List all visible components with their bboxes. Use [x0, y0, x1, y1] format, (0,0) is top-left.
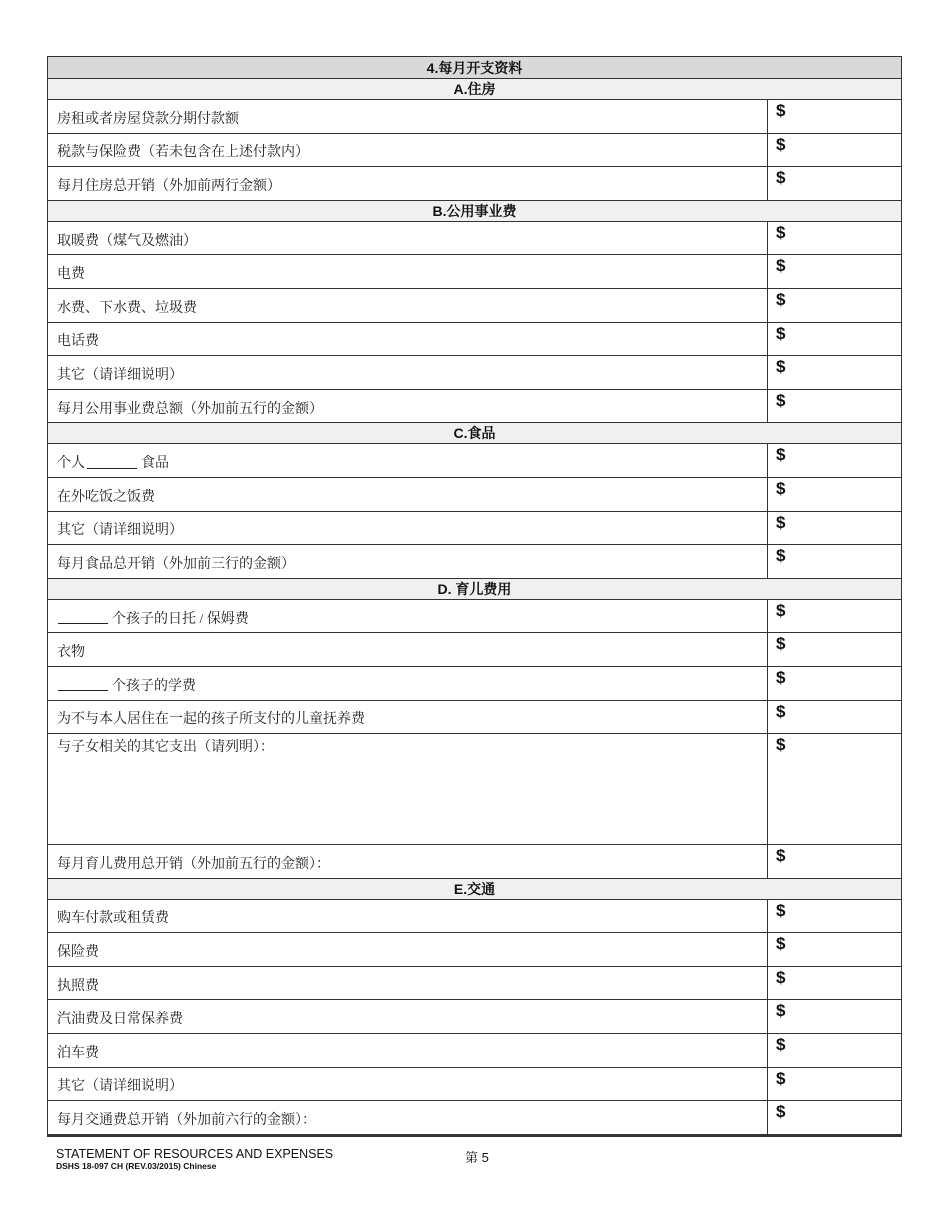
page-number: 第 5 [465, 1147, 489, 1166]
amount-field-car-insurance[interactable]: $ [768, 933, 901, 966]
amount-field-daycare[interactable]: $ [768, 600, 901, 633]
row-label: 个孩子的日托 / 保姆费 [48, 600, 768, 633]
row-label: 房租或者房屋贷款分期付款额 [48, 100, 768, 133]
row-label: 每月食品总开销（外加前三行的金额） [48, 545, 768, 578]
amount-field-car-payment[interactable]: $ [768, 900, 901, 933]
row-label: 其它（请详细说明） [48, 1068, 768, 1101]
table-row: 其它（请详细说明） $ [48, 355, 901, 389]
amount-field-eating-out[interactable]: $ [768, 478, 901, 511]
children-count-blank[interactable] [58, 611, 108, 624]
table-row: 与子女相关的其它支出（请列明）： $ [48, 733, 901, 844]
label-suffix: 个孩子的学费 [112, 675, 196, 695]
table-row: 电话费 $ [48, 322, 901, 356]
table-row: 保险费 $ [48, 932, 901, 966]
amount-field-child-support[interactable]: $ [768, 701, 901, 734]
amount-field-parking[interactable]: $ [768, 1034, 901, 1067]
table-row: 在外吃饭之饭费 $ [48, 477, 901, 511]
amount-field-water-sewer-garbage[interactable]: $ [768, 289, 901, 322]
amount-field-heating[interactable]: $ [768, 222, 901, 255]
table-row: 其它（请详细说明） $ [48, 1067, 901, 1101]
amount-field-housing-total[interactable]: $ [768, 167, 901, 200]
row-label: 购车付款或租赁费 [48, 900, 768, 933]
person-count-blank[interactable] [87, 456, 137, 469]
row-label: 每月住房总开销（外加前两行金额） [48, 167, 768, 200]
table-row: 泊车费 $ [48, 1033, 901, 1067]
table-row: 购车付款或租赁费 $ [48, 899, 901, 933]
table-row: 取暖费（煤气及燃油） $ [48, 221, 901, 255]
table-row: 每月交通费总开销（外加前六行的金额）： $ [48, 1100, 901, 1134]
table-row: 个人 食品 $ [48, 443, 901, 477]
amount-field-electricity[interactable]: $ [768, 255, 901, 288]
row-label: 其它（请详细说明） [48, 512, 768, 545]
monthly-expenses-table: 4.每月开支资料 A.住房 房租或者房屋贷款分期付款额 $ 税款与保险费（若未包… [47, 56, 902, 1137]
table-row: 衣物 $ [48, 632, 901, 666]
row-label: 为不与本人居住在一起的孩子所支付的儿童抚养费 [48, 701, 768, 734]
row-label: 在外吃饭之饭费 [48, 478, 768, 511]
table-row: 每月住房总开销（外加前两行金额） $ [48, 166, 901, 200]
row-label: 与子女相关的其它支出（请列明）： [48, 734, 768, 844]
amount-field-gas-maintenance[interactable]: $ [768, 1000, 901, 1033]
children-count-blank[interactable] [58, 678, 108, 691]
amount-field-food[interactable]: $ [768, 444, 901, 477]
amount-field-rent[interactable]: $ [768, 100, 901, 133]
row-label: 执照费 [48, 967, 768, 1000]
amount-field-transport-total[interactable]: $ [768, 1101, 901, 1134]
section-header-utilities: B.公用事业费 [48, 200, 901, 221]
amount-field-transport-other[interactable]: $ [768, 1068, 901, 1101]
amount-field-tuition[interactable]: $ [768, 667, 901, 700]
label-suffix: 个孩子的日托 / 保姆费 [112, 608, 249, 628]
row-label: 税款与保险费（若未包含在上述付款内） [48, 134, 768, 167]
row-label: 个人 食品 [48, 444, 768, 477]
row-label: 每月育儿费用总开销（外加前五行的金额）： [48, 845, 768, 878]
table-row: 个孩子的日托 / 保姆费 $ [48, 599, 901, 633]
amount-field-child-other[interactable]: $ [768, 734, 901, 844]
section-header-transportation: E.交通 [48, 878, 901, 899]
table-row: 为不与本人居住在一起的孩子所支付的儿童抚养费 $ [48, 700, 901, 734]
amount-field-utilities-other[interactable]: $ [768, 356, 901, 389]
row-label: 电费 [48, 255, 768, 288]
row-label: 电话费 [48, 323, 768, 356]
table-row: 其它（请详细说明） $ [48, 511, 901, 545]
table-row: 执照费 $ [48, 966, 901, 1000]
table-row: 房租或者房屋贷款分期付款额 $ [48, 99, 901, 133]
row-label: 水费、下水费、垃圾费 [48, 289, 768, 322]
amount-field-food-other[interactable]: $ [768, 512, 901, 545]
table-row: 汽油费及日常保养费 $ [48, 999, 901, 1033]
footer-form-id: DSHS 18-097 CH (REV.03/2015) Chinese [56, 1161, 333, 1171]
table-row: 水费、下水费、垃圾费 $ [48, 288, 901, 322]
row-label: 取暖费（煤气及燃油） [48, 222, 768, 255]
row-label: 每月交通费总开销（外加前六行的金额）： [48, 1101, 768, 1134]
amount-field-food-total[interactable]: $ [768, 545, 901, 578]
row-label: 汽油费及日常保养费 [48, 1000, 768, 1033]
table-row: 电费 $ [48, 254, 901, 288]
footer-title: STATEMENT OF RESOURCES AND EXPENSES [56, 1147, 333, 1161]
row-label: 每月公用事业费总额（外加前五行的金额） [48, 390, 768, 423]
amount-field-telephone[interactable]: $ [768, 323, 901, 356]
amount-field-taxes-insurance[interactable]: $ [768, 134, 901, 167]
page-footer: STATEMENT OF RESOURCES AND EXPENSES DSHS… [56, 1147, 333, 1171]
amount-field-license[interactable]: $ [768, 967, 901, 1000]
table-row: 每月育儿费用总开销（外加前五行的金额）： $ [48, 844, 901, 878]
amount-field-utilities-total[interactable]: $ [768, 390, 901, 423]
table-row: 个孩子的学费 $ [48, 666, 901, 700]
amount-field-clothing[interactable]: $ [768, 633, 901, 666]
row-label: 衣物 [48, 633, 768, 666]
amount-field-childcare-total[interactable]: $ [768, 845, 901, 878]
table-row: 每月食品总开销（外加前三行的金额） $ [48, 544, 901, 578]
section-header-housing: A.住房 [48, 78, 901, 99]
table-row: 税款与保险费（若未包含在上述付款内） $ [48, 133, 901, 167]
label-prefix: 个人 [57, 452, 85, 472]
label-suffix: 食品 [141, 452, 169, 472]
row-label: 个孩子的学费 [48, 667, 768, 700]
row-label: 其它（请详细说明） [48, 356, 768, 389]
section-header-food: C.食品 [48, 422, 901, 443]
table-row: 每月公用事业费总额（外加前五行的金额） $ [48, 389, 901, 423]
row-label: 泊车费 [48, 1034, 768, 1067]
section-header-childcare: D. 育儿费用 [48, 578, 901, 599]
table-title: 4.每月开支资料 [48, 57, 901, 78]
row-label: 保险费 [48, 933, 768, 966]
